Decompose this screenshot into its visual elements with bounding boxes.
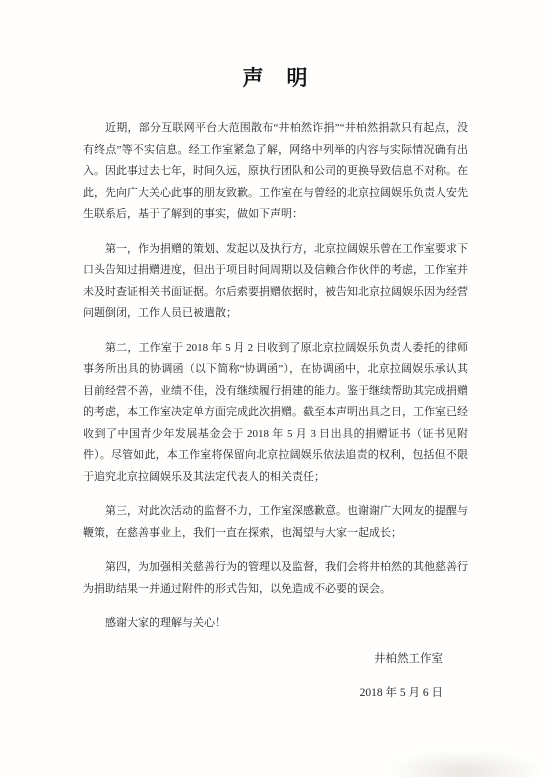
statement-point-4-paragraph: 第四，为加强相关慈善行为的管理以及监督，我们会将井柏然的其他慈善行为捐助结果一并… (83, 557, 468, 600)
statement-point-2-paragraph: 第二，工作室于 2018 年 5 月 2 日收到了原北京拉阔娱乐负责人委托的律师… (83, 338, 468, 489)
signature-studio-name: 井柏然工作室 (83, 649, 443, 671)
document-body: 近期，部分互联网平台大范围散布“井柏然诈捐”“井柏然捐款只有起点，没有终点”等不… (83, 118, 468, 635)
statement-intro-paragraph: 近期，部分互联网平台大范围散布“井柏然诈捐”“井柏然捐款只有起点，没有终点”等不… (83, 118, 468, 226)
signature-date: 2018 年 5 月 6 日 (83, 683, 443, 705)
statement-point-1-paragraph: 第一，作为捐赠的策划、发起以及执行方，北京拉阔娱乐曾在工作室要求下口头告知过捐赠… (83, 239, 468, 325)
scan-smudge-artifact (390, 751, 540, 777)
signature-block: 井柏然工作室 2018 年 5 月 6 日 (83, 649, 468, 705)
statement-document-page: 声 明 近期，部分互联网平台大范围散布“井柏然诈捐”“井柏然捐款只有起点，没有终… (0, 0, 550, 777)
statement-point-3-paragraph: 第三，对此次活动的监督不力，工作室深感歉意。也谢谢广大网友的提醒与鞭策，在慈善事… (83, 501, 468, 544)
document-title: 声 明 (83, 62, 468, 92)
thanks-line: 感谢大家的理解与关心！ (83, 613, 468, 635)
